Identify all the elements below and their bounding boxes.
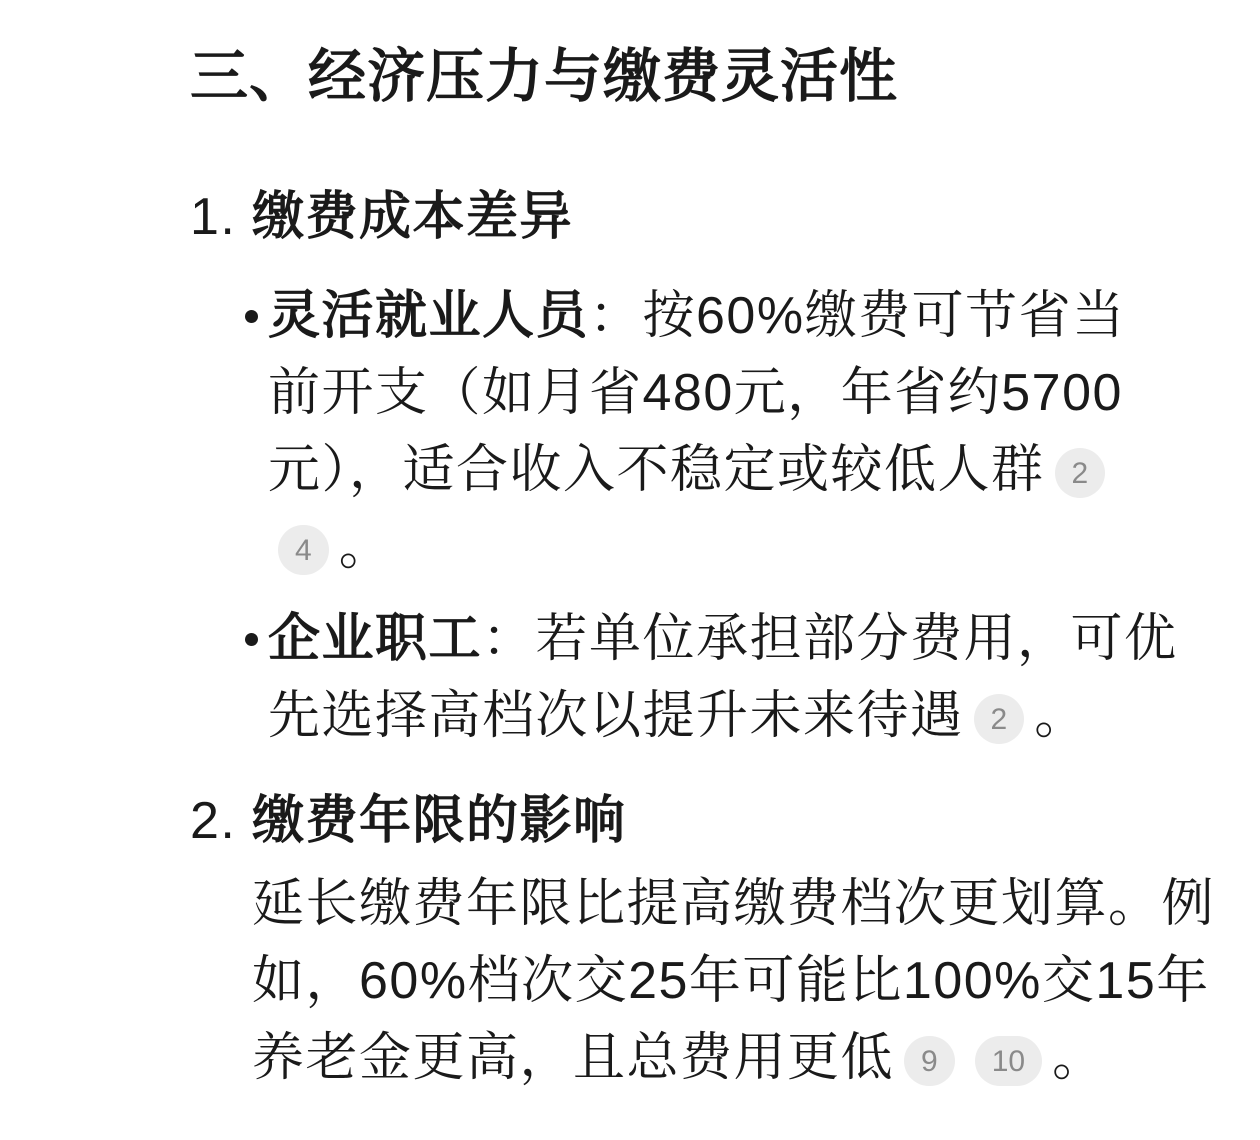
text-line: 前开支（如月省480元，年省约5700: [268, 355, 1220, 432]
text-line: 先选择高档次以提升未来待遇2。: [268, 678, 1220, 755]
text-line: 延长缴费年限比提高缴费档次更划算。例: [252, 866, 1220, 943]
text-run: 。: [339, 518, 393, 576]
text-line: 元），适合收入不稳定或较低人群2: [268, 432, 1220, 509]
bullet-icon: [245, 310, 258, 323]
citation-badge[interactable]: 4: [278, 525, 329, 575]
list-item: 2.缴费年限的影响延长缴费年限比提高缴费档次更划算。例如，60%档次交25年可能…: [190, 791, 1220, 1097]
list-item-title: 缴费成本差异: [252, 187, 573, 247]
list-item-header: 1.缴费成本差异: [190, 187, 1220, 247]
citation-badge[interactable]: 10: [975, 1036, 1042, 1086]
list-number: 2.: [190, 791, 252, 851]
text-run: 。: [1052, 1029, 1106, 1087]
bullet-lines: 企业职工：若单位承担部分费用，可优先选择高档次以提升未来待遇2。: [268, 601, 1220, 755]
text-run: ：按60%缴费可节省当: [589, 287, 1126, 345]
text-run: 企业职工: [268, 610, 482, 668]
list-number: 1.: [190, 187, 252, 247]
text-line: 如，60%档次交25年可能比100%交15年: [252, 943, 1220, 1020]
text-run: 如，60%档次交25年可能比100%交15年: [252, 952, 1210, 1010]
text-run: ：若单位承担部分费用，可优: [482, 610, 1178, 668]
bullet-item: 企业职工：若单位承担部分费用，可优先选择高档次以提升未来待遇2。: [190, 601, 1220, 755]
list-item-title: 缴费年限的影响: [252, 791, 627, 851]
text-line: 灵活就业人员：按60%缴费可节省当: [268, 278, 1220, 355]
text-run: 先选择高档次以提升未来待遇: [268, 687, 964, 745]
citation-badge[interactable]: 2: [974, 694, 1025, 744]
citation-badge[interactable]: 9: [904, 1036, 955, 1086]
text-line: 4。: [268, 509, 1220, 586]
answer-content: 三、经济压力与缴费灵活性 1.缴费成本差异灵活就业人员：按60%缴费可节省当前开…: [0, 0, 1260, 1097]
bullet-item: 灵活就业人员：按60%缴费可节省当前开支（如月省480元，年省约5700元），适…: [190, 278, 1220, 586]
text-line: 企业职工：若单位承担部分费用，可优: [268, 601, 1220, 678]
list-item-header: 2.缴费年限的影响: [190, 791, 1220, 851]
list-item-body: 延长缴费年限比提高缴费档次更划算。例如，60%档次交25年可能比100%交15年…: [252, 866, 1220, 1097]
text-run: 灵活就业人员: [268, 287, 589, 345]
citation-badge[interactable]: 2: [1055, 448, 1106, 498]
section-heading: 三、经济压力与缴费灵活性: [190, 42, 1220, 112]
bullet-icon: [245, 633, 258, 646]
text-run: 前开支（如月省480元，年省约5700: [268, 364, 1123, 422]
text-run: 。: [1034, 687, 1088, 745]
text-run: 养老金更高，且总费用更低: [252, 1029, 894, 1087]
text-run: 元），适合收入不稳定或较低人群: [268, 441, 1045, 499]
list-item: 1.缴费成本差异灵活就业人员：按60%缴费可节省当前开支（如月省480元，年省约…: [190, 187, 1220, 755]
text-run: 延长缴费年限比提高缴费档次更划算。例: [252, 875, 1215, 933]
ordered-list: 1.缴费成本差异灵活就业人员：按60%缴费可节省当前开支（如月省480元，年省约…: [190, 187, 1220, 1097]
bullet-lines: 灵活就业人员：按60%缴费可节省当前开支（如月省480元，年省约5700元），适…: [268, 278, 1220, 586]
text-line: 养老金更高，且总费用更低910。: [252, 1020, 1220, 1097]
